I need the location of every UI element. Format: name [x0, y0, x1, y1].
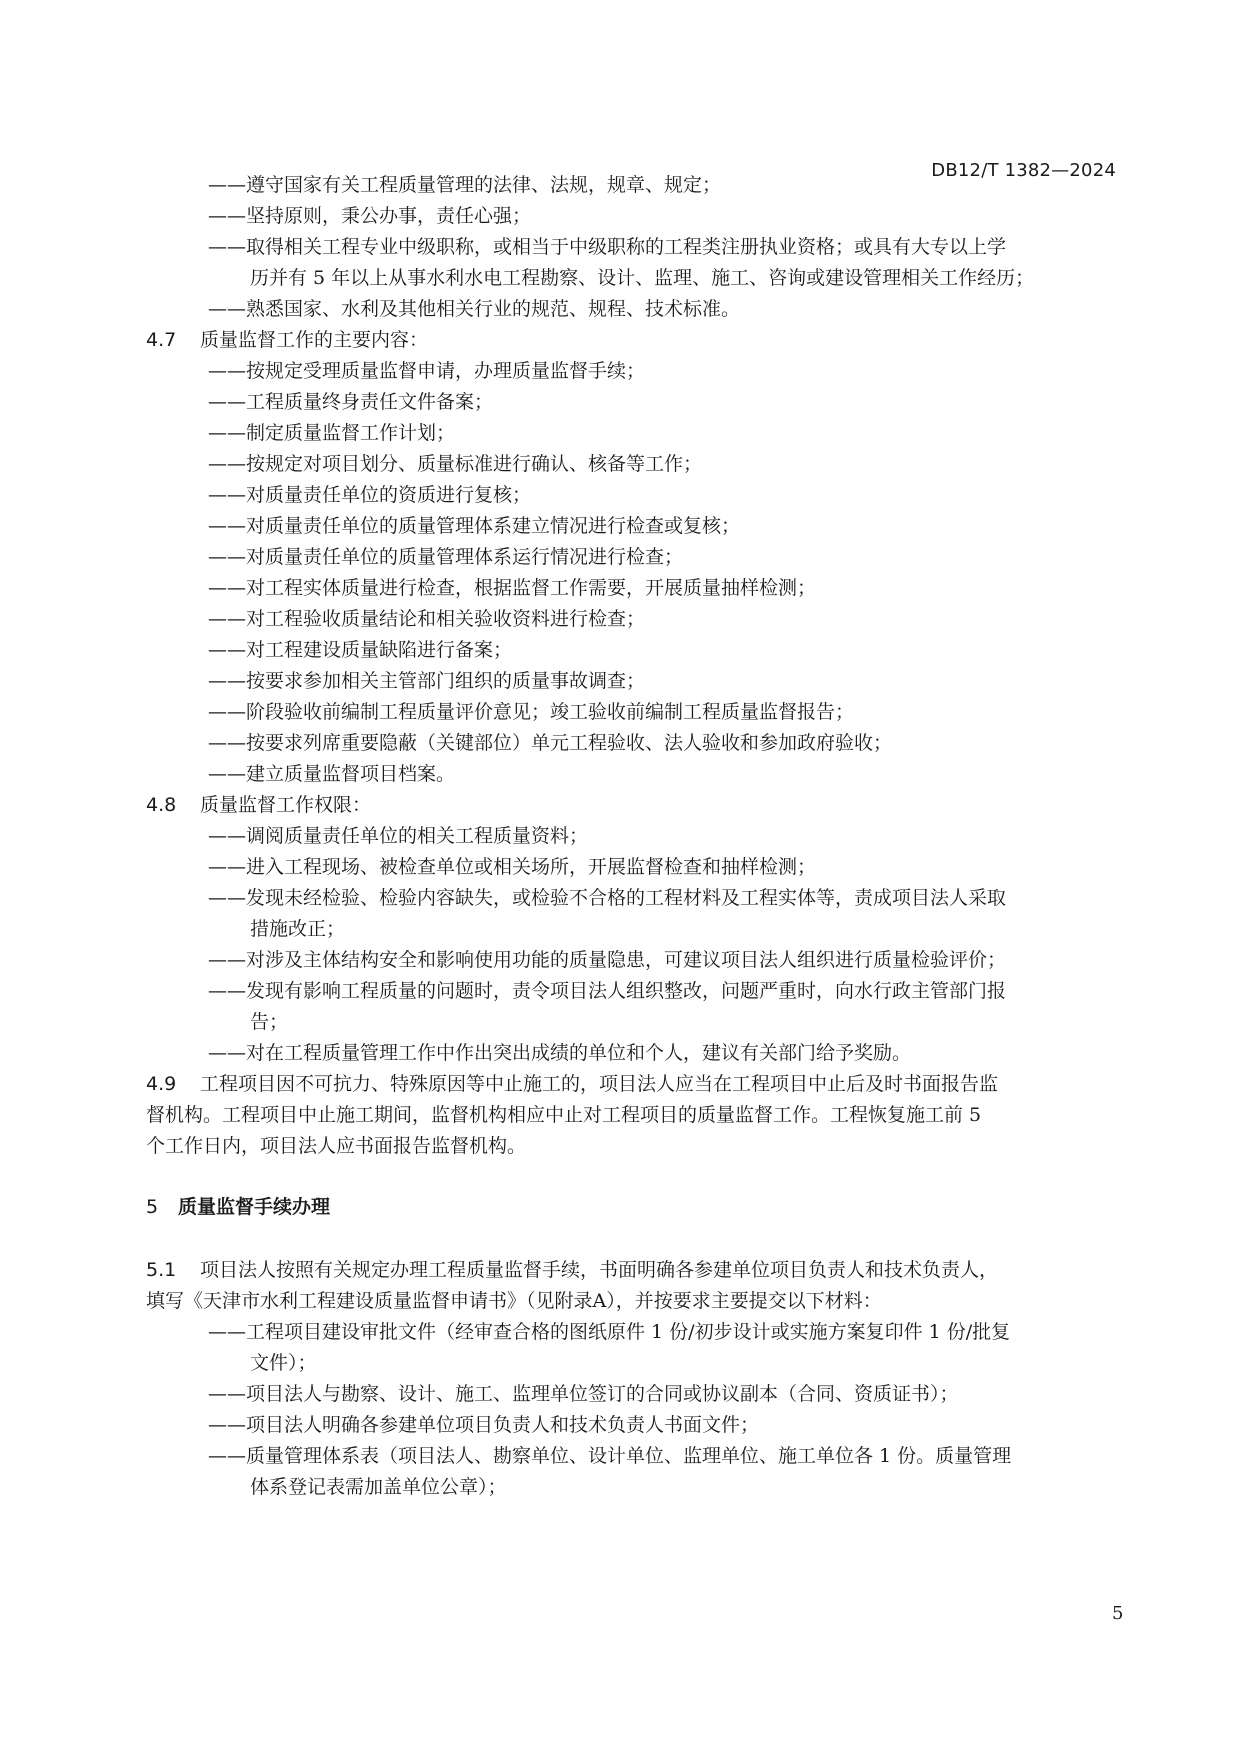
- list-item: ——对质量责任单位的质量管理体系建立情况进行检查或复核；: [208, 511, 740, 542]
- list-item: ——质量管理体系表（项目法人、勘察单位、设计单位、监理单位、施工单位各 1 份。…: [208, 1441, 1011, 1472]
- clause-4-9: 4.9工程项目因不可抗力、特殊原因等中止施工的，项目法人应当在工程项目中止后及时…: [146, 1069, 998, 1100]
- chapter-number: 5: [146, 1192, 178, 1223]
- list-item: ——发现有影响工程质量的问题时，责令项目法人组织整改，问题严重时，向水行政主管部…: [208, 976, 1006, 1007]
- clause-number: 5.1: [146, 1255, 200, 1286]
- list-item: ——对质量责任单位的资质进行复核；: [208, 480, 531, 511]
- list-item: ——项目法人明确各参建单位项目负责人和技术负责人书面文件；: [208, 1410, 759, 1441]
- list-item-continuation: 告；: [250, 1007, 288, 1038]
- list-item: ——熟悉国家、水利及其他相关行业的规范、规程、技术标准。: [208, 294, 740, 325]
- list-item: ——按要求参加相关主管部门组织的质量事故调查；: [208, 666, 645, 697]
- list-item: ——按规定受理质量监督申请，办理质量监督手续；: [208, 356, 645, 387]
- list-item-continuation: 措施改正；: [250, 914, 345, 945]
- clause-title: 质量监督工作权限：: [200, 794, 371, 816]
- list-item: ——建立质量监督项目档案。: [208, 759, 455, 790]
- list-item: ——遵守国家有关工程质量管理的法律、法规，规章、规定；: [208, 170, 721, 201]
- list-item: ——取得相关工程专业中级职称，或相当于中级职称的工程类注册执业资格；或具有大专以…: [208, 232, 1006, 263]
- list-item: ——对涉及主体结构安全和影响使用功能的质量隐患，可建议项目法人组织进行质量检验评…: [208, 945, 1006, 976]
- paragraph-line: 工程项目因不可抗力、特殊原因等中止施工的，项目法人应当在工程项目中止后及时书面报…: [200, 1073, 998, 1095]
- list-item-continuation: 历并有 5 年以上从事水利水电工程勘察、设计、监理、施工、咨询或建设管理相关工作…: [250, 263, 1034, 294]
- list-item-continuation: 文件）；: [250, 1348, 317, 1379]
- clause-number: 4.7: [146, 325, 200, 356]
- clause-number: 4.8: [146, 790, 200, 821]
- list-item: ——按要求列席重要隐蔽（关键部位）单元工程验收、法人验收和参加政府验收；: [208, 728, 892, 759]
- clause-5-1: 5.1项目法人按照有关规定办理工程质量监督手续，书面明确各参建单位项目负责人和技…: [146, 1255, 998, 1286]
- list-item: ——对在工程质量管理工作中作出突出成绩的单位和个人，建议有关部门给予奖励。: [208, 1038, 911, 1069]
- clause-number: 4.9: [146, 1069, 200, 1100]
- clause-4-7-heading: 4.7质量监督工作的主要内容：: [146, 325, 428, 356]
- paragraph-line: 个工作日内，项目法人应书面报告监督机构。: [146, 1131, 526, 1162]
- list-item: ——发现未经检验、检验内容缺失，或检验不合格的工程材料及工程实体等，责成项目法人…: [208, 883, 1006, 914]
- clause-4-8-heading: 4.8质量监督工作权限：: [146, 790, 371, 821]
- paragraph-line: 督机构。工程项目中止施工期间，监督机构相应中止对工程项目的质量监督工作。工程恢复…: [146, 1100, 981, 1131]
- page-number: 5: [1112, 1603, 1123, 1624]
- list-item: ——对质量责任单位的质量管理体系运行情况进行检查；: [208, 542, 683, 573]
- list-item: ——阶段验收前编制工程质量评价意见；竣工验收前编制工程质量监督报告；: [208, 697, 854, 728]
- paragraph-line: 项目法人按照有关规定办理工程质量监督手续，书面明确各参建单位项目负责人和技术负责…: [200, 1259, 998, 1281]
- list-item: ——对工程验收质量结论和相关验收资料进行检查；: [208, 604, 645, 635]
- list-item: ——项目法人与勘察、设计、施工、监理单位签订的合同或协议副本（合同、资质证书）；: [208, 1379, 959, 1410]
- chapter-5-heading: 5质量监督手续办理: [146, 1192, 330, 1223]
- list-item: ——工程项目建设审批文件（经审查合格的图纸原件 1 份/初步设计或实施方案复印件…: [208, 1317, 1010, 1348]
- list-item: ——对工程实体质量进行检查，根据监督工作需要，开展质量抽样检测；: [208, 573, 816, 604]
- list-item: ——工程质量终身责任文件备案；: [208, 387, 493, 418]
- paragraph-line: 填写《天津市水利工程建设质量监督申请书》（见附录A），并按要求主要提交以下材料：: [146, 1286, 882, 1317]
- list-item: ——调阅质量责任单位的相关工程质量资料；: [208, 821, 588, 852]
- standard-code: DB12/T 1382—2024: [931, 160, 1116, 181]
- list-item: ——制定质量监督工作计划；: [208, 418, 455, 449]
- chapter-title: 质量监督手续办理: [178, 1196, 330, 1218]
- list-item: ——坚持原则，秉公办事，责任心强；: [208, 201, 531, 232]
- list-item: ——对工程建设质量缺陷进行备案；: [208, 635, 512, 666]
- list-item: ——进入工程现场、被检查单位或相关场所，开展监督检查和抽样检测；: [208, 852, 816, 883]
- list-item: ——按规定对项目划分、质量标准进行确认、核备等工作；: [208, 449, 702, 480]
- list-item-continuation: 体系登记表需加盖单位公章）；: [250, 1472, 507, 1503]
- clause-title: 质量监督工作的主要内容：: [200, 329, 428, 351]
